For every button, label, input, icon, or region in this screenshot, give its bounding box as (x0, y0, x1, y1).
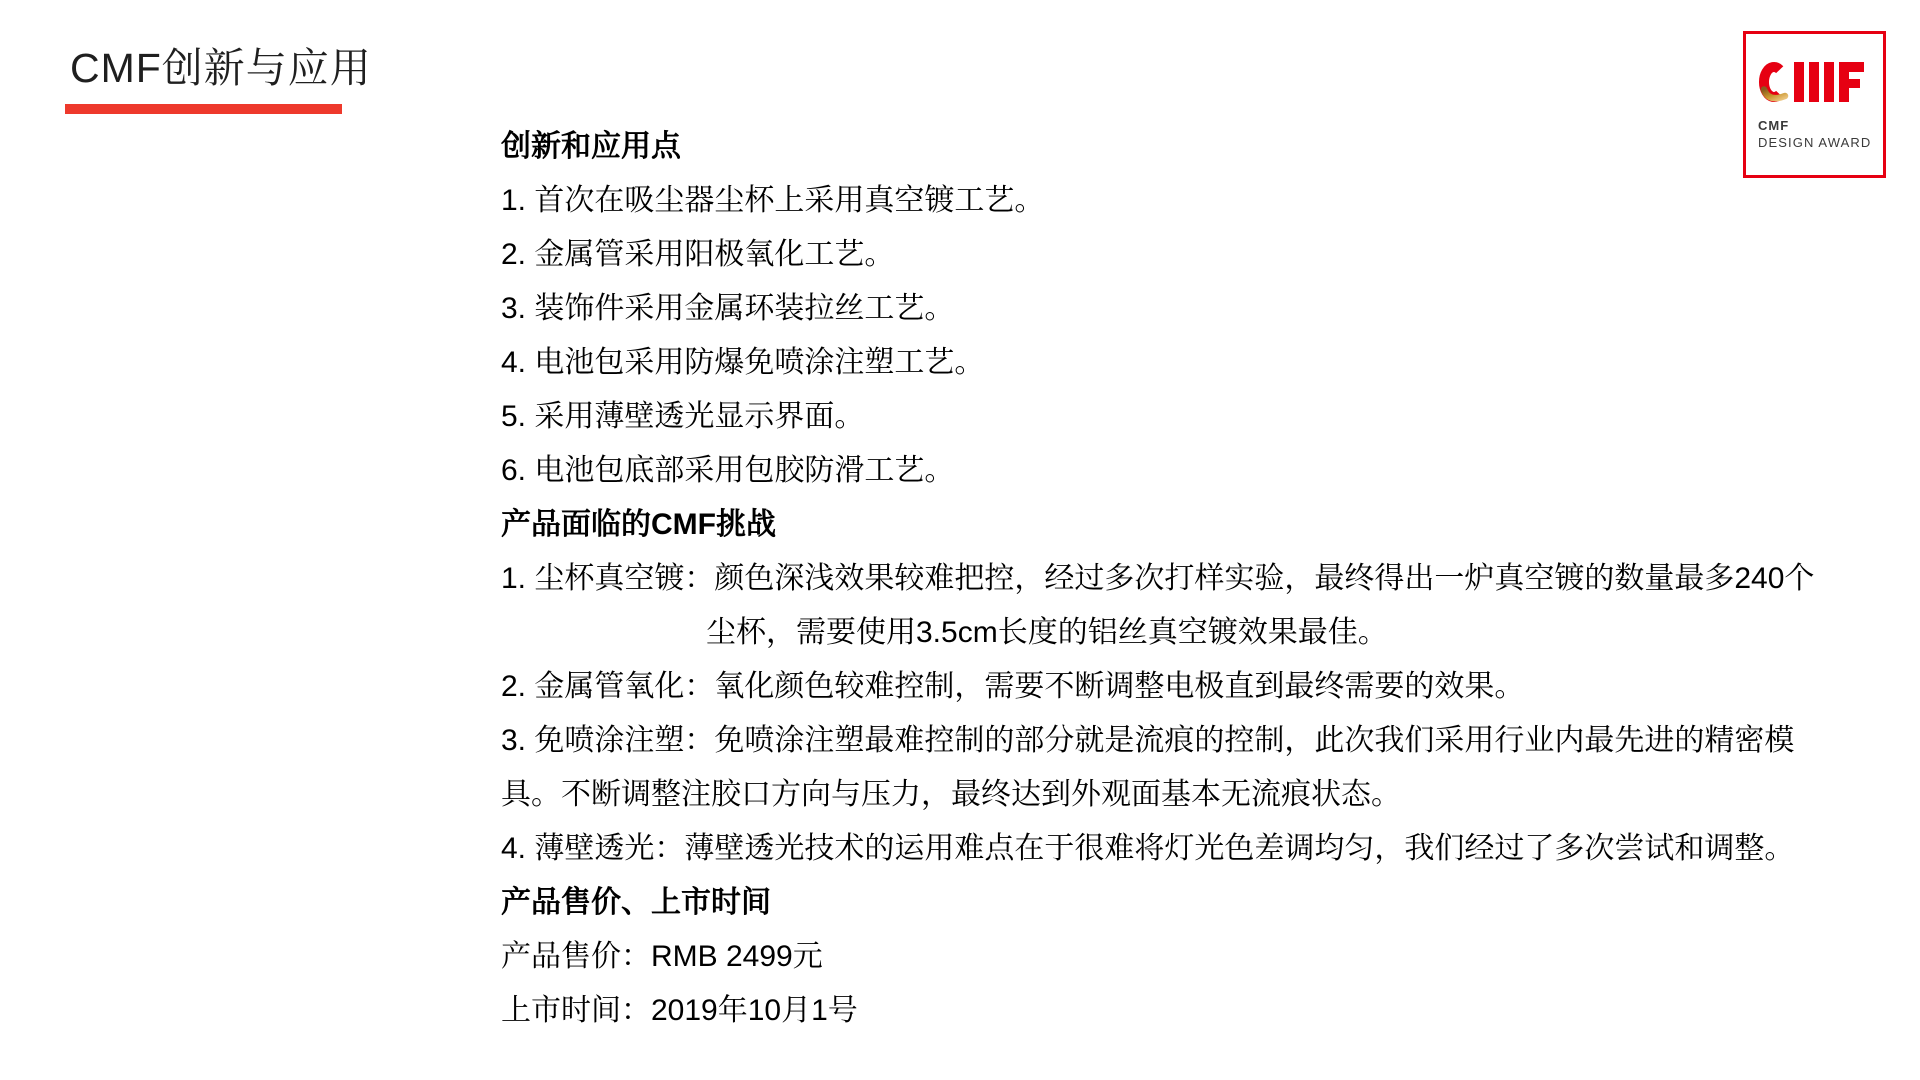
body-line: 上市时间：2019年10月1号 (501, 984, 1861, 1038)
section-header-challenges: 产品面临的CMF挑战 (501, 498, 1861, 552)
body-line: 1. 首次在吸尘器尘杯上采用真空镀工艺。 (501, 174, 1861, 228)
logo-cmf-label: CMF (1758, 118, 1789, 134)
body-line: 5. 采用薄壁透光显示界面。 (501, 390, 1861, 444)
cmf-wordmark-icon (1758, 60, 1864, 104)
title-underline (65, 104, 342, 114)
body-line: 4. 电池包采用防爆免喷涂注塑工艺。 (501, 336, 1861, 390)
body-text-block: 创新和应用点 1. 首次在吸尘器尘杯上采用真空镀工艺。 2. 金属管采用阳极氧化… (501, 120, 1861, 1038)
body-line: 2. 金属管采用阳极氧化工艺。 (501, 228, 1861, 282)
body-line: 1. 尘杯真空镀：颜色深浅效果较难把控，经过多次打样实验，最终得出一炉真空镀的数… (501, 552, 1861, 606)
logo-design-award-label: DESIGN AWARD (1758, 135, 1871, 151)
cmf-design-award-logo: CMF DESIGN AWARD (1743, 31, 1886, 178)
body-line: 3. 装饰件采用金属环装拉丝工艺。 (501, 282, 1861, 336)
body-line: 6. 电池包底部采用包胶防滑工艺。 (501, 444, 1861, 498)
body-line: 2. 金属管氧化：氧化颜色较难控制，需要不断调整电极直到最终需要的效果。 (501, 660, 1861, 714)
page-title: CMF创新与应用 (70, 44, 372, 92)
body-line-wrapped: 尘杯，需要使用3.5cm长度的铝丝真空镀效果最佳。 (501, 606, 1861, 660)
body-line-wrapped: 具。不断调整注胶口方向与压力，最终达到外观面基本无流痕状态。 (501, 768, 1861, 822)
body-line: 4. 薄壁透光：薄壁透光技术的运用难点在于很难将灯光色差调均匀，我们经过了多次尝… (501, 822, 1861, 876)
section-header-price: 产品售价、上市时间 (501, 876, 1861, 930)
slide: CMF创新与应用 创新和应用点 1. 首次在吸尘器尘杯上采用真空镀工艺。 2. … (0, 0, 1920, 1080)
section-header-innovation: 创新和应用点 (501, 120, 1861, 174)
body-line: 3. 免喷涂注塑：免喷涂注塑最难控制的部分就是流痕的控制，此次我们采用行业内最先… (501, 714, 1861, 768)
body-line: 产品售价：RMB 2499元 (501, 930, 1861, 984)
